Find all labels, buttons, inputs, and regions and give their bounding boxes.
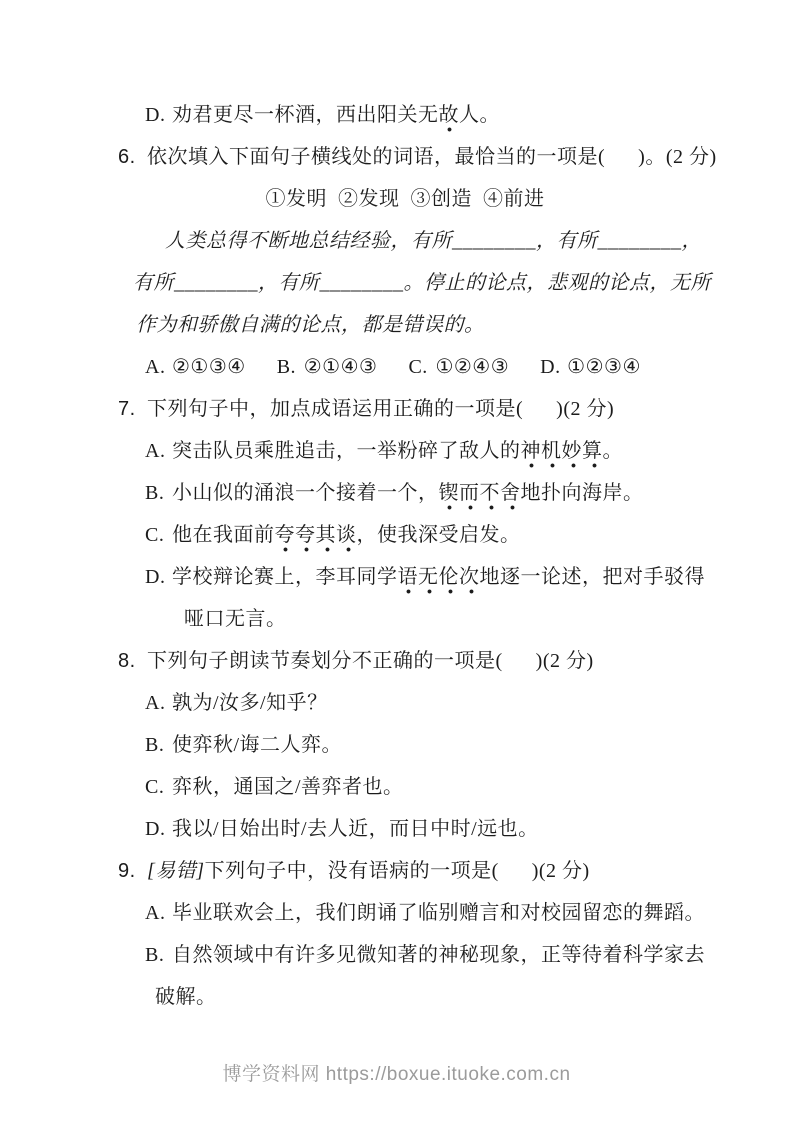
q7-option-b-post: 地扑向海岸。 xyxy=(521,482,644,504)
q9-error-prone-tag: [易错] xyxy=(147,860,205,882)
q8-stem-line: 8.下列句子朗读节奏划分不正确的一项是( )(2 分) xyxy=(118,640,594,682)
q8-option-a: A.孰为/汝多/知乎？ xyxy=(145,682,328,724)
q7-option-c-emphasized: 夸夸其谈 xyxy=(275,524,357,553)
q6-passage-line-3: 作为和骄傲自满的论点，都是错误的。 xyxy=(136,304,485,346)
q9-option-a: A.毕业联欢会上，我们朗诵了临别赠言和对校园留恋的舞蹈。 xyxy=(145,892,705,934)
q9-option-b: B.自然领域中有许多见微知著的神秘现象，正等待着科学家去 xyxy=(145,934,705,976)
q6-choice-c-label: C. xyxy=(408,346,435,388)
q7-option-d-post: 地逐一论述，把对手驳得 xyxy=(480,566,706,588)
q9-number: 9. xyxy=(118,850,147,892)
q9-option-a-text: 毕业联欢会上，我们朗诵了临别赠言和对校园留恋的舞蹈。 xyxy=(172,902,705,924)
prev-option-d-pre: 劝君更尽一杯酒，西出阳关无 xyxy=(172,104,439,126)
q6-choices-row: A.②①③④B.②①④③C.①②④③D.①②③④ xyxy=(145,346,672,388)
q8-stem-text: 下列句子朗读节奏划分不正确的一项是( )(2 分) xyxy=(147,650,594,672)
q6-stem-line: 6.依次填入下面句子横线处的词语，最恰当的一项是( )。(2 分) xyxy=(118,136,717,178)
q8-option-b-label: B. xyxy=(145,724,172,766)
q6-passage-line-1: 人类总得不断地总结经验，有所________，有所________， xyxy=(165,220,702,262)
q7-stem-text: 下列句子中，加点成语运用正确的一项是( )(2 分) xyxy=(147,398,614,420)
q7-option-a-post: 。 xyxy=(603,440,624,462)
q8-option-c-label: C. xyxy=(145,766,172,808)
q7-option-b-label: B. xyxy=(145,472,172,514)
q8-option-a-label: A. xyxy=(145,682,172,724)
q6-choice-b-value: ②①④③ xyxy=(304,356,378,378)
q7-option-b: B.小山似的涌浪一个接着一个，锲而不舍地扑向海岸。 xyxy=(145,472,644,514)
q6-choice-d-label: D. xyxy=(540,346,567,388)
q9-option-a-label: A. xyxy=(145,892,172,934)
q7-option-d-label: D. xyxy=(145,556,172,598)
q7-option-d: D.学校辩论赛上，李耳同学语无伦次地逐一论述，把对手驳得 xyxy=(145,556,705,598)
prev-option-d-label: D. xyxy=(145,94,172,136)
q7-option-d-emphasized: 语无伦次 xyxy=(398,566,480,595)
q6-choice-c: C.①②④③ xyxy=(408,356,509,378)
q9-option-b-text: 自然领域中有许多见微知著的神秘现象，正等待着科学家去 xyxy=(172,944,705,966)
q7-stem-line: 7.下列句子中，加点成语运用正确的一项是( )(2 分) xyxy=(118,388,614,430)
q8-option-c: C.弈秋，通国之/善弈者也。 xyxy=(145,766,404,808)
q7-number: 7. xyxy=(118,388,147,430)
q6-number: 6. xyxy=(118,136,147,178)
q9-stem-text: 下列句子中，没有语病的一项是( )(2 分) xyxy=(205,860,590,882)
q8-option-d-text: 我以/日始出时/去人近，而日中时/远也。 xyxy=(172,818,539,840)
q8-option-b-text: 使弈秋/诲二人弈。 xyxy=(172,734,342,756)
exam-page: D.劝君更尽一杯酒，西出阳关无故人。 6.依次填入下面句子横线处的词语，最恰当的… xyxy=(0,0,793,1122)
q9-option-b-continuation: 破解。 xyxy=(155,976,217,1018)
q6-choice-a-value: ②①③④ xyxy=(172,356,246,378)
q6-choice-a: A.②①③④ xyxy=(145,356,246,378)
prev-option-d-emphasized: 故 xyxy=(439,104,460,133)
q6-stem-text: 依次填入下面句子横线处的词语，最恰当的一项是( )。(2 分) xyxy=(147,146,717,168)
q6-passage-line-2: 有所________，有所________。停止的论点，悲观的论点，无所 xyxy=(133,262,711,304)
q8-option-d-label: D. xyxy=(145,808,172,850)
q7-option-d-continuation: 哑口无言。 xyxy=(184,598,287,640)
q7-option-c-pre: 他在我面前 xyxy=(172,524,275,546)
q6-choice-a-label: A. xyxy=(145,346,172,388)
q8-number: 8. xyxy=(118,640,147,682)
q6-word-bank: ①发明 ②发现 ③创造 ④前进 xyxy=(118,178,692,220)
q6-choice-b: B.②①④③ xyxy=(277,356,378,378)
q8-option-b: B.使弈秋/诲二人弈。 xyxy=(145,724,342,766)
prev-option-d: D.劝君更尽一杯酒，西出阳关无故人。 xyxy=(145,94,500,136)
q7-option-c: C.他在我面前夸夸其谈，使我深受启发。 xyxy=(145,514,521,556)
q7-option-c-post: ，使我深受启发。 xyxy=(357,524,521,546)
q8-option-d: D.我以/日始出时/去人近，而日中时/远也。 xyxy=(145,808,539,850)
q7-option-a: A.突击队员乘胜追击，一举粉碎了敌人的神机妙算。 xyxy=(145,430,623,472)
q6-choice-d-value: ①②③④ xyxy=(567,356,641,378)
q7-option-a-pre: 突击队员乘胜追击，一举粉碎了敌人的 xyxy=(172,440,521,462)
q9-stem-line: 9.[易错]下列句子中，没有语病的一项是( )(2 分) xyxy=(118,850,590,892)
q8-option-a-text: 孰为/汝多/知乎？ xyxy=(172,692,328,714)
q7-option-a-emphasized: 神机妙算 xyxy=(521,440,603,469)
q7-option-a-label: A. xyxy=(145,430,172,472)
q7-option-b-pre: 小山似的涌浪一个接着一个， xyxy=(172,482,439,504)
q8-option-c-text: 弈秋，通国之/善弈者也。 xyxy=(172,776,404,798)
page-footer-watermark: 博学资料网 https://boxue.ituoke.com.cn xyxy=(0,1060,793,1090)
q6-choice-d: D.①②③④ xyxy=(540,356,641,378)
q6-choice-b-label: B. xyxy=(277,346,304,388)
prev-option-d-post: 人。 xyxy=(459,104,500,126)
q9-option-b-label: B. xyxy=(145,934,172,976)
q7-option-d-pre: 学校辩论赛上，李耳同学 xyxy=(172,566,398,588)
q7-option-c-label: C. xyxy=(145,514,172,556)
q7-option-b-emphasized: 锲而不舍 xyxy=(439,482,521,511)
q6-choice-c-value: ①②④③ xyxy=(435,356,509,378)
